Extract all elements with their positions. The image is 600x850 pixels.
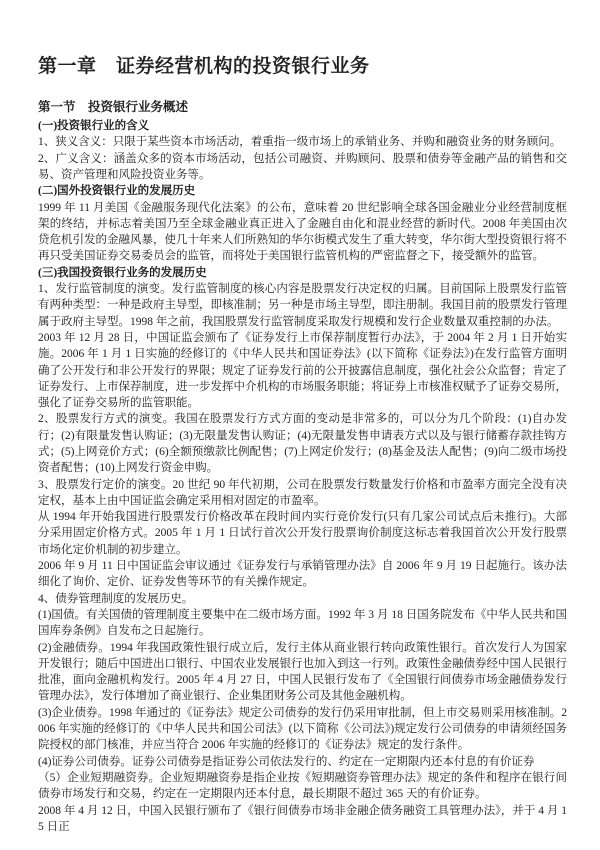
body-paragraph: 3、股票发行定价的演变。20 世纪 90 年代初期，公司在股票发行数量发行价格和… bbox=[38, 477, 567, 510]
body-paragraph: 2、广义含义：涵盖众多的资本市场活动，包括公司融资、并购顾问、股票和债券等金融产… bbox=[38, 151, 567, 184]
body-paragraph: 1、发行监管制度的演变。发行监管制度的核心内容是股票发行决定权的归属。目前国际上… bbox=[38, 281, 567, 330]
body-paragraph: 2006 年 9 月 11 日中国证监会审议通过《证券发行与承销管理办法》自 2… bbox=[38, 558, 567, 591]
body-paragraph: 从 1994 年开始我国进行股票发行价格改革在段时间内实行竞价发行(只有几家公司… bbox=[38, 509, 567, 558]
body-paragraph: （5）企业短期融资券。企业短期融资券是指企业按《短期融资券管理办法》规定的条件和… bbox=[38, 770, 567, 803]
body-paragraph: (4)证券公司债券。证券公司债券是指证券公司依法发行的、约定在一定期限内还本付息… bbox=[38, 754, 567, 770]
body-paragraph: (1)国债。有关国债的管理制度主要集中在二级市场方面。1992 年 3 月 18… bbox=[38, 607, 567, 640]
body-paragraph: (3)企业债券。1998 年通过的《证券法》规定公司债券的发行仍采用审批制，但上… bbox=[38, 705, 567, 754]
body-paragraph: 1、狭义含义：只限于某些资本市场活动，着重指一级市场上的承销业务、并购和融资业务… bbox=[38, 134, 567, 150]
body-paragraph: 2003 年 12 月 28 日，中国证监会颁布了《证券发行上市保荐制度暂行办法… bbox=[38, 330, 567, 411]
document-page: 第一章 证券经营机构的投资银行业务 第一节 投资银行业务概述 (一)投资银行业的… bbox=[0, 0, 600, 850]
document-body: (一)投资银行业的含义1、狭义含义：只限于某些资本市场活动，着重指一级市场上的承… bbox=[38, 118, 567, 835]
section-heading: 第一节 投资银行业务概述 bbox=[38, 99, 567, 115]
body-paragraph: 4、债券管理制度的发展历史。 bbox=[38, 591, 567, 607]
body-paragraph: 2008 年 4 月 12 日，中国入民银行颁布了《银行间债券市场非金融企债务融… bbox=[38, 803, 567, 836]
chapter-title: 第一章 证券经营机构的投资银行业务 bbox=[38, 56, 567, 79]
body-subheading: (三)我国投资银行业务的发展历史 bbox=[38, 265, 567, 281]
body-paragraph: 2、股票发行方式的演变。我国在股票发行方式方面的变动是非常多的，可以分为几个阶段… bbox=[38, 411, 567, 476]
body-paragraph: 1999 年 11 月美国《金融服务现代化法案》的公布，意味着 20 世纪影响全… bbox=[38, 200, 567, 265]
body-subheading: (二)国外投资银行业的发展历史 bbox=[38, 183, 567, 199]
body-paragraph: (2)金融债券。1994 年我国政策性银行成立后，发行主体从商业银行转向政策性银… bbox=[38, 640, 567, 705]
body-subheading: (一)投资银行业的含义 bbox=[38, 118, 567, 134]
